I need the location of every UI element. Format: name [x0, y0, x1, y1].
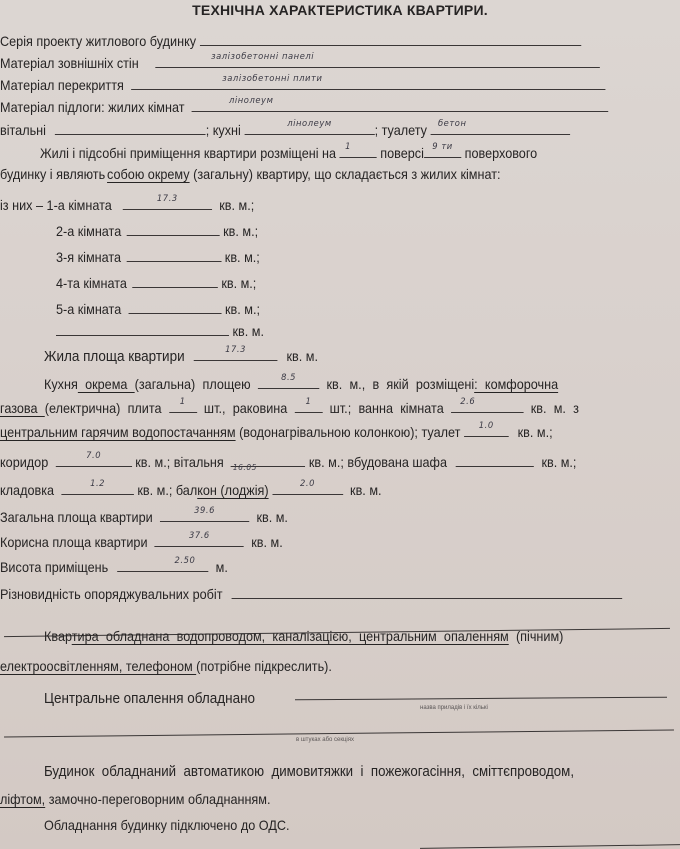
flooring-rooms-label: Матеріал підлоги: жилих кімнат: [0, 100, 185, 115]
kitchen-text: (водонагрівальною колонкою); туалет: [239, 425, 460, 440]
series-field[interactable]: [200, 31, 581, 46]
page-title: ТЕХНІЧНА ХАРАКТЕРИСТИКА КВАРТИРИ.: [0, 2, 680, 18]
location-text-2: поверсі: [380, 146, 424, 161]
living-area-unit: кв. м.: [287, 349, 318, 364]
total-area-unit: кв. м.: [256, 510, 287, 525]
storeys-field[interactable]: 9 ти: [424, 143, 461, 158]
series-label: Серія проекту житлового будинку: [0, 34, 196, 49]
height-row: Висота приміщень 2.50 м.: [0, 557, 228, 577]
hot-water-underlined: центральним гарячим водопостачанням: [0, 425, 236, 440]
total-area-field[interactable]: 39.6: [160, 507, 249, 522]
room-4-field[interactable]: [132, 273, 218, 288]
room-label: 2-а кімната: [56, 224, 121, 239]
room-unit: кв. м.;: [223, 224, 258, 239]
corridor-field[interactable]: 7.0: [55, 452, 131, 467]
equipment-line-2: електроосвітленням, телефоном (потрібне …: [0, 658, 332, 676]
kitchen-gas-underlined: газова: [0, 401, 45, 416]
room-2-field[interactable]: [127, 221, 220, 236]
building-line-2: ліфтом, замочно-переговорним обладнанням…: [0, 791, 270, 809]
total-area-label: Загальна площа квартири: [0, 510, 153, 525]
balcony-unit: кв. м.: [350, 483, 381, 498]
kitchen-text: кв. м. з: [531, 401, 579, 416]
location-text-5: (загальну) квартиру, що складається з жи…: [193, 167, 500, 182]
sink-count-field[interactable]: 1: [295, 398, 323, 413]
flooring-rooms-row: Матеріал підлоги: жилих кімнат лінолеум: [0, 97, 608, 117]
equipment-line-1: Квартира обладнана водопроводом, каналіз…: [44, 628, 563, 646]
room-unit: кв. м.;: [225, 302, 260, 317]
storage-field[interactable]: 1.2: [61, 480, 134, 495]
kitchen-stove-underlined: : комфорочна: [474, 377, 558, 392]
room-row-2: 2-а кімната кв. м.;: [56, 221, 258, 241]
kitchen-text: (електрична) плита: [45, 401, 162, 416]
room-unit: кв. м.: [232, 324, 263, 339]
kitchen-text: кв. м.;: [518, 425, 553, 440]
building-text: Обладнання будинку підключено до ОДС.: [44, 818, 290, 833]
room-label: 3-я кімната: [56, 250, 121, 265]
kitchen-line-2: газова (електрична) плита 1 шт., раковин…: [0, 398, 579, 418]
flooring-kitchen-label: ; кухні: [206, 123, 241, 138]
building-line-1: Будинок обладнаний автоматикою димовитяж…: [44, 763, 574, 781]
kitchen-text: Кухня: [44, 377, 78, 392]
room-unit: кв. м.;: [221, 276, 256, 291]
useful-area-unit: кв. м.: [251, 535, 282, 550]
room-label: 5-а кімната: [56, 302, 121, 317]
room-row-3: 3-я кімната кв. м.;: [56, 247, 260, 267]
flooring-toilet-label: ; туалету: [375, 123, 427, 138]
finishing-label: Різновидність опоряджувальних робіт: [0, 587, 223, 602]
storage-label: кладовка: [0, 483, 54, 498]
room-extra-field[interactable]: [56, 321, 229, 336]
building-text: замочно-переговорним обладнанням.: [45, 792, 270, 807]
kitchen-text: шт.; ванна кімната: [330, 401, 444, 416]
heating-row: Центральне опалення обладнано: [44, 690, 255, 708]
balcony-label-underlined: кон (лоджія): [197, 483, 268, 498]
building-line-3: Обладнання будинку підключено до ОДС.: [44, 817, 290, 835]
wardrobe-field[interactable]: [456, 452, 534, 467]
kitchen-area-field[interactable]: 8.5: [258, 374, 319, 389]
height-unit: м.: [216, 560, 228, 575]
room-1-field[interactable]: 17.3: [123, 195, 212, 210]
room-row-4: 4-та кімната кв. м.;: [56, 273, 256, 293]
living-area-label: Жила площа квартири: [44, 349, 185, 365]
kitchen-text: шт., раковина: [204, 401, 287, 416]
slab-field[interactable]: залізобетонні плити: [131, 75, 605, 90]
living-room-unit: кв. м.; вбудована шафа: [309, 455, 447, 470]
living-area-row: Жила площа квартири 17.3 кв. м.: [44, 346, 318, 366]
useful-area-label: Корисна площа квартири: [0, 535, 148, 550]
location-line-1: Жилі і підсобні приміщення квартири розм…: [40, 143, 537, 163]
flooring-kitchen-field[interactable]: лінолеум: [244, 120, 374, 135]
height-field[interactable]: 2.50: [117, 557, 208, 572]
flooring-other-row: вітальні ; кухні лінолеум; туалету бетон: [0, 120, 570, 140]
equipment-underlined-2: електроосвітленням, телефоном: [0, 659, 196, 674]
heating-caption-1: назва приладів і їх кількі: [420, 705, 488, 711]
useful-area-row: Корисна площа квартири 37.6 кв. м.: [0, 532, 283, 552]
total-area-row: Загальна площа квартири 39.6 кв. м.: [0, 507, 288, 527]
balcony-field[interactable]: 2.0: [272, 480, 343, 495]
corridor-row: коридор 7.0 кв. м.; вітальня 16.05 кв. м…: [0, 452, 576, 472]
room-unit: кв. м.;: [225, 250, 260, 265]
kitchen-text: (загальна) площею: [135, 377, 251, 392]
wardrobe-unit: кв. м.;: [541, 455, 576, 470]
walls-label: Матеріал зовнішніх стін: [0, 56, 139, 71]
living-room-field[interactable]: 16.05: [231, 452, 305, 467]
flooring-rooms-field[interactable]: лінолеум: [192, 97, 609, 112]
flooring-toilet-field[interactable]: бетон: [431, 120, 571, 135]
document-page: ТЕХНІЧНА ХАРАКТЕРИСТИКА КВАРТИРИ. Серія …: [0, 0, 680, 849]
equipment-text: (пічним): [516, 629, 563, 644]
room-label: із них – 1-а кімната: [0, 198, 112, 213]
stove-count-field[interactable]: 1: [169, 398, 197, 413]
room-5-field[interactable]: [128, 299, 221, 314]
heating-field[interactable]: [295, 697, 667, 701]
finishing-row: Різновидність опоряджувальних робіт: [0, 584, 622, 604]
location-line-2: будинку і являютьсобою окрему (загальну)…: [0, 166, 501, 184]
kitchen-line-3: центральним гарячим водопостачанням (вод…: [0, 422, 553, 442]
height-label: Висота приміщень: [0, 560, 108, 575]
location-text-3: поверхового: [465, 146, 538, 161]
useful-area-field[interactable]: 37.6: [155, 532, 244, 547]
building-text: Будинок обладнаний автоматикою димовитяж…: [44, 764, 574, 780]
building-lift-underlined: ліфтом,: [0, 792, 45, 807]
finishing-field[interactable]: [232, 584, 623, 599]
room-3-field[interactable]: [126, 247, 221, 262]
corridor-unit: кв. м.; вітальня: [135, 455, 223, 470]
room-row-5: 5-а кімната кв. м.;: [56, 299, 260, 319]
storage-unit: кв. м.; бал: [137, 483, 197, 498]
room-row-6: кв. м.: [56, 321, 264, 341]
location-text-4: будинку і являють: [0, 167, 105, 182]
bathroom-area-field[interactable]: 2.6: [451, 398, 524, 413]
kitchen-text: кв. м., в якій розміщені: [327, 377, 475, 392]
living-area-field[interactable]: 17.3: [194, 346, 278, 361]
floor-field[interactable]: 1: [340, 143, 377, 158]
equipment-note: (потрібне підкреслить).: [196, 659, 332, 674]
slab-label: Матеріал перекриття: [0, 78, 124, 93]
location-text-1: Жилі і підсобні приміщення квартири розм…: [40, 146, 336, 161]
room-label: 4-та кімната: [56, 276, 127, 291]
room-row-1: із них – 1-а кімната 17.3 кв. м.;: [0, 195, 254, 215]
bottom-rule: [420, 844, 680, 849]
flooring-hall-label: вітальні: [0, 123, 46, 138]
equipment-underlined: тира обладнана водопроводом, каналізаціє…: [72, 629, 509, 644]
storage-row: кладовка 1.2 кв. м.; балкон (лоджія) 2.0…: [0, 480, 382, 500]
kitchen-separate-underlined: окрема: [78, 377, 135, 392]
location-underlined: собою окрему: [107, 167, 190, 182]
equipment-text: Квар: [44, 629, 72, 644]
walls-field[interactable]: залізобетонні панелі: [155, 53, 600, 68]
kitchen-line-1: Кухня окрема (загальна) площею 8.5 кв. м…: [44, 374, 558, 394]
heating-label: Центральне опалення обладнано: [44, 691, 255, 707]
room-unit: кв. м.;: [219, 198, 254, 213]
flooring-hall-field[interactable]: [55, 120, 206, 135]
toilet-area-field[interactable]: 1.0: [464, 422, 509, 437]
heating-caption-2: в штуках або секціях: [296, 737, 354, 743]
corridor-label: коридор: [0, 455, 48, 470]
